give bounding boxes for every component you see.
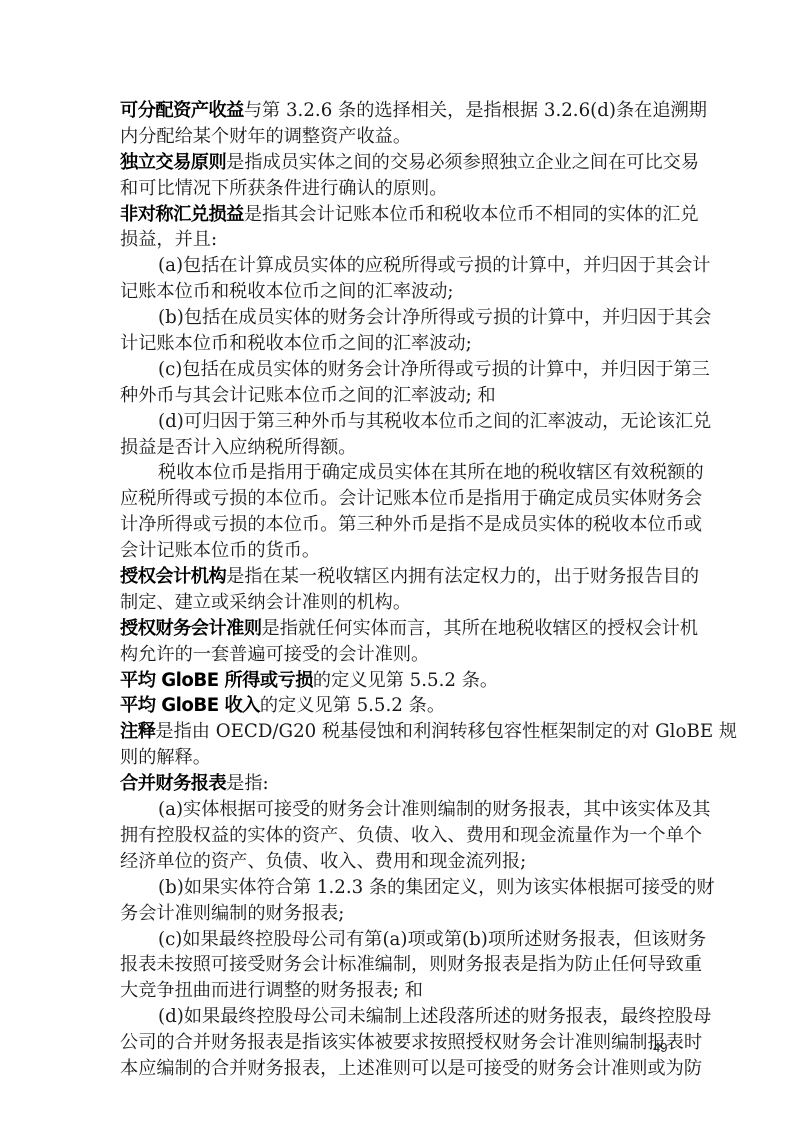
text-line: (a)包括在计算成员实体的应税所得或亏损的计算中，并归因于其会计 bbox=[120, 253, 676, 279]
text-line: 种外币与其会计记账本位币之间的汇率波动; 和 bbox=[120, 383, 676, 409]
text-line: 拥有控股权益的实体的资产、负债、收入、费用和现金流量作为一个单个 bbox=[120, 823, 676, 849]
definition-authorised-accounting-body: 授权会计机构是指在某一税收辖区内拥有法定权力的，出于财务报告目的 制定、建立或采… bbox=[120, 564, 676, 616]
definition-text: 与第 3.2.6 条的选择相关，是指根据 3.2.6(d)条在追溯期 bbox=[244, 100, 707, 121]
document-page: 可分配资产收益与第 3.2.6 条的选择相关，是指根据 3.2.6(d)条在追溯… bbox=[0, 0, 794, 1123]
list-item-d: (d)如果最终控股母公司未编制上述段落所述的财务报表，最终控股母 公司的合并财务… bbox=[120, 1004, 676, 1082]
definition-commentary: 注释是指由 OECD/G20 税基侵蚀和利润转移包容性框架制定的对 GloBE … bbox=[120, 719, 676, 771]
definition-text: 是指由 OECD/G20 税基侵蚀和利润转移包容性框架制定的对 GloBE 规 bbox=[155, 721, 737, 742]
definition-text: 是指就任何实体而言，其所在地税收辖区的授权会计机 bbox=[262, 618, 699, 639]
list-item-a: (a)实体根据可接受的财务会计准则编制的财务报表，其中该实体及其 拥有控股权益的… bbox=[120, 797, 676, 875]
text-line: 构允许的一套普遍可接受的会计准则。 bbox=[120, 642, 676, 668]
list-item-c: (c)包括在成员实体的财务会计净所得或亏损的计算中，并归因于第三 种外币与其会计… bbox=[120, 357, 676, 409]
defined-term: 可分配资产收益 bbox=[120, 100, 244, 121]
text-line: 平均 GloBE 收入的定义见第 5.5.2 条。 bbox=[120, 693, 676, 719]
text-line: 经济单位的资产、负债、收入、费用和现金流列报; bbox=[120, 849, 676, 875]
definition-text: 是指: bbox=[226, 773, 269, 794]
text-line: 损益，并且: bbox=[120, 227, 676, 253]
page-body: 可分配资产收益与第 3.2.6 条的选择相关，是指根据 3.2.6(d)条在追溯… bbox=[120, 98, 676, 1082]
defined-term: 授权会计机构 bbox=[120, 566, 226, 587]
text-line: 税收本位币是指用于确定成员实体在其所在地的税收辖区有效税额的 bbox=[120, 460, 676, 486]
list-item-a: (a)包括在计算成员实体的应税所得或亏损的计算中，并归因于其会计 记账本位币和税… bbox=[120, 253, 676, 305]
definition-text: 是指在某一税收辖区内拥有法定权力的，出于财务报告目的 bbox=[226, 566, 699, 587]
text-line: 和可比情况下所获条件进行确认的原则。 bbox=[120, 176, 676, 202]
text-line: 计记账本位币和税收本位币之间的汇率波动; bbox=[120, 331, 676, 357]
defined-term: 授权财务会计准则 bbox=[120, 618, 262, 639]
definition-asymmetric-fx-gain-loss: 非对称汇兑损益是指其会计记账本位币和税收本位币不相同的实体的汇兑 损益，并且: … bbox=[120, 202, 676, 564]
text-line: 本应编制的合并财务报表，上述准则可以是可接受的财务会计准则或为防 bbox=[120, 1056, 676, 1082]
defined-term: 非对称汇兑损益 bbox=[120, 204, 244, 225]
text-line: 计净所得或亏损的本位币。第三种外币是指不是成员实体的税收本位币或 bbox=[120, 512, 676, 538]
list-item-b: (b)如果实体符合第 1.2.3 条的集团定义，则为该实体根据可接受的财 务会计… bbox=[120, 875, 676, 927]
text-line: 应税所得或亏损的本位币。会计记账本位币是指用于确定成员实体财务会 bbox=[120, 486, 676, 512]
text-line: 会计记账本位币的货币。 bbox=[120, 538, 676, 564]
text-line: 平均 GloBE 所得或亏损的定义见第 5.5.2 条。 bbox=[120, 668, 676, 694]
text-line: (b)如果实体符合第 1.2.3 条的集团定义，则为该实体根据可接受的财 bbox=[120, 875, 676, 901]
definition-text: 的定义见第 5.5.2 条。 bbox=[313, 670, 498, 691]
text-line: 报表未按照可接受财务会计标准编制，则财务报表是指为防止任何导致重 bbox=[120, 952, 676, 978]
text-line: (a)实体根据可接受的财务会计准则编制的财务报表，其中该实体及其 bbox=[120, 797, 676, 823]
list-item-d: (d)可归因于第三种外币与其税收本位币之间的汇率波动，无论该汇兑 损益是否计入应… bbox=[120, 409, 676, 461]
text-line: 合并财务报表是指: bbox=[120, 771, 676, 797]
text-line: (c)如果最终控股母公司有第(a)项或第(b)项所述财务报表，但该财务 bbox=[120, 927, 676, 953]
text-line: 大竞争扭曲而进行调整的财务报表; 和 bbox=[120, 978, 676, 1004]
text-line: 非对称汇兑损益是指其会计记账本位币和税收本位币不相同的实体的汇兑 bbox=[120, 202, 676, 228]
definition-text: 是指其会计记账本位币和税收本位币不相同的实体的汇兑 bbox=[244, 204, 699, 225]
text-line: 制定、建立或采纳会计准则的机构。 bbox=[120, 590, 676, 616]
definition-arms-length-principle: 独立交易原则是指成员实体之间的交易必须参照独立企业之间在可比交易 和可比情况下所… bbox=[120, 150, 676, 202]
text-line: (d)如果最终控股母公司未编制上述段落所述的财务报表，最终控股母 bbox=[120, 1004, 676, 1030]
text-line: 可分配资产收益与第 3.2.6 条的选择相关，是指根据 3.2.6(d)条在追溯… bbox=[120, 98, 676, 124]
defined-term: 合并财务报表 bbox=[120, 773, 226, 794]
text-line: (c)包括在成员实体的财务会计净所得或亏损的计算中，并归因于第三 bbox=[120, 357, 676, 383]
defined-term: 注释 bbox=[120, 721, 155, 742]
list-item-b: (b)包括在成员实体的财务会计净所得或亏损的计算中，并归因于其会 计记账本位币和… bbox=[120, 305, 676, 357]
currency-explanation-paragraph: 税收本位币是指用于确定成员实体在其所在地的税收辖区有效税额的 应税所得或亏损的本… bbox=[120, 460, 676, 564]
text-line: 务会计准则编制的财务报表; bbox=[120, 901, 676, 927]
text-line: 内分配给某个财年的调整资产收益。 bbox=[120, 124, 676, 150]
definition-consolidated-financial-statements: 合并财务报表是指: (a)实体根据可接受的财务会计准则编制的财务报表，其中该实体… bbox=[120, 771, 676, 1082]
text-line: 公司的合并财务报表是指该实体被要求按照授权财务会计准则编制报表时 bbox=[120, 1030, 676, 1056]
text-line: (b)包括在成员实体的财务会计净所得或亏损的计算中，并归因于其会 bbox=[120, 305, 676, 331]
text-line: 授权财务会计准则是指就任何实体而言，其所在地税收辖区的授权会计机 bbox=[120, 616, 676, 642]
definition-distributable-asset-gain: 可分配资产收益与第 3.2.6 条的选择相关，是指根据 3.2.6(d)条在追溯… bbox=[120, 98, 676, 150]
definition-average-globe-revenue: 平均 GloBE 收入的定义见第 5.5.2 条。 bbox=[120, 693, 676, 719]
text-line: 授权会计机构是指在某一税收辖区内拥有法定权力的，出于财务报告目的 bbox=[120, 564, 676, 590]
defined-term: 平均 GloBE 所得或亏损 bbox=[120, 670, 313, 691]
list-item-c: (c)如果最终控股母公司有第(a)项或第(b)项所述财务报表，但该财务 报表未按… bbox=[120, 927, 676, 1005]
text-line: 则的解释。 bbox=[120, 745, 676, 771]
definition-authorised-financial-accounting-standard: 授权财务会计准则是指就任何实体而言，其所在地税收辖区的授权会计机 构允许的一套普… bbox=[120, 616, 676, 668]
defined-term: 平均 GloBE 收入 bbox=[120, 695, 260, 716]
text-line: (d)可归因于第三种外币与其税收本位币之间的汇率波动，无论该汇兑 bbox=[120, 409, 676, 435]
text-line: 记账本位币和税收本位币之间的汇率波动; bbox=[120, 279, 676, 305]
definition-text: 的定义见第 5.5.2 条。 bbox=[260, 695, 445, 716]
text-line: 损益是否计入应纳税所得额。 bbox=[120, 435, 676, 461]
page-number: 49 bbox=[653, 1040, 667, 1055]
text-line: 独立交易原则是指成员实体之间的交易必须参照独立企业之间在可比交易 bbox=[120, 150, 676, 176]
definition-text: 是指成员实体之间的交易必须参照独立企业之间在可比交易 bbox=[226, 152, 699, 173]
definition-average-globe-income-or-loss: 平均 GloBE 所得或亏损的定义见第 5.5.2 条。 bbox=[120, 668, 676, 694]
text-line: 注释是指由 OECD/G20 税基侵蚀和利润转移包容性框架制定的对 GloBE … bbox=[120, 719, 676, 745]
defined-term: 独立交易原则 bbox=[120, 152, 226, 173]
